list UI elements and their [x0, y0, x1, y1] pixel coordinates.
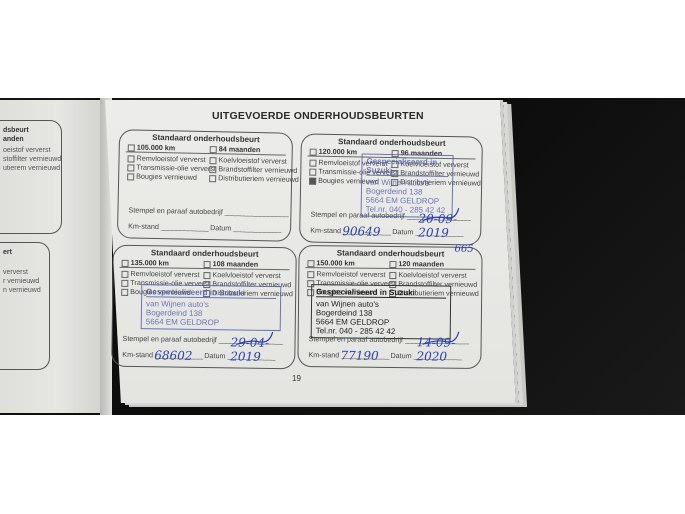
left-box-2-item: r vernieuwd: [3, 278, 39, 285]
checkbox[interactable]: [209, 157, 216, 164]
checkbox[interactable]: [307, 260, 314, 267]
service-box-1: Standaard onderhoudsbeurt 105.000 km 84 …: [117, 129, 293, 242]
left-box-1-item: stoffilter vernieuwd: [3, 156, 61, 163]
checkbox[interactable]: [307, 271, 314, 278]
checkbox[interactable]: [121, 288, 128, 295]
page-number: 19: [292, 374, 301, 383]
handwritten-note: 665: [454, 244, 473, 255]
left-page: dsbeurt anden oeistof ververst stoffilte…: [0, 100, 110, 413]
checkbox[interactable]: [122, 259, 129, 266]
stamp-header: Gespecialiseerd in Suzuki: [316, 287, 446, 298]
photo: dsbeurt anden oeistof ververst stoffilte…: [0, 98, 685, 415]
checkbox[interactable]: [209, 175, 216, 182]
checklist-item[interactable]: Bougies vernieuwd: [127, 171, 197, 181]
left-box-2-header: ert: [3, 249, 12, 256]
checkbox[interactable]: [309, 168, 316, 175]
checkbox[interactable]: [210, 146, 217, 153]
checkbox[interactable]: [310, 148, 317, 155]
dealer-stamp: Gespecialiseerd in Suzukivan Wijnen auto…: [141, 284, 282, 331]
checkbox[interactable]: [127, 164, 134, 171]
checkbox[interactable]: [309, 177, 316, 184]
handwritten-km: 68602: [154, 348, 192, 363]
handwritten-km: 90649: [342, 224, 380, 239]
checkbox[interactable]: [389, 272, 396, 279]
stamp-header: Gespecialiseerd in Suzuki: [146, 287, 276, 299]
checkbox[interactable]: [309, 159, 316, 166]
service-box-3: Standaard onderhoudsbeurt 135.000 km 108…: [111, 245, 297, 370]
left-box-1-item: oeistof ververst: [3, 147, 50, 154]
checkbox[interactable]: [127, 173, 134, 180]
left-box-2-item: ververst: [3, 269, 28, 276]
checkbox[interactable]: [128, 144, 135, 151]
checklist-item[interactable]: Distributieriem vernieuwd: [209, 173, 299, 184]
left-box-1-sub: anden: [3, 136, 24, 143]
checkbox[interactable]: [209, 166, 216, 173]
signature: [420, 206, 460, 225]
km-label: Km-stand ____________: [128, 221, 209, 232]
checkbox[interactable]: [121, 279, 128, 286]
service-km: 150.000 km: [307, 258, 354, 267]
left-service-box-1: dsbeurt anden oeistof ververst stoffilte…: [0, 120, 62, 234]
date-label: Datum ____________: [210, 223, 281, 233]
signature: [234, 329, 274, 348]
stamp-label: Stempel en paraaf autobedrijf __________…: [128, 205, 288, 217]
stamp-header: Gespecialiseerd in Suzuki: [366, 157, 448, 177]
checkbox[interactable]: [203, 272, 210, 279]
checkbox[interactable]: [204, 261, 211, 268]
page-title: UITGEVOERDE ONDERHOUDSBEURTEN: [212, 110, 424, 122]
left-box-1-item: utierem vernieuwd: [3, 165, 60, 172]
left-service-box-2: ert ververst r vernieuwd n vernieuwd: [0, 242, 50, 370]
signature: [421, 329, 461, 347]
service-box-2: Standaard onderhoudsbeurt 120.000 km 96 …: [299, 133, 483, 245]
checkbox[interactable]: [121, 270, 128, 277]
checkbox[interactable]: [127, 155, 134, 162]
checkbox[interactable]: [389, 261, 396, 268]
service-box-4: Standaard onderhoudsbeurt 150.000 km 120…: [297, 245, 482, 369]
handwritten-km: 77190: [340, 348, 378, 362]
left-box-2-item: n vernieuwd: [3, 287, 41, 294]
left-box-1-header: dsbeurt: [3, 127, 29, 134]
stamp-line: 5664 EM GELDROP: [146, 317, 276, 328]
